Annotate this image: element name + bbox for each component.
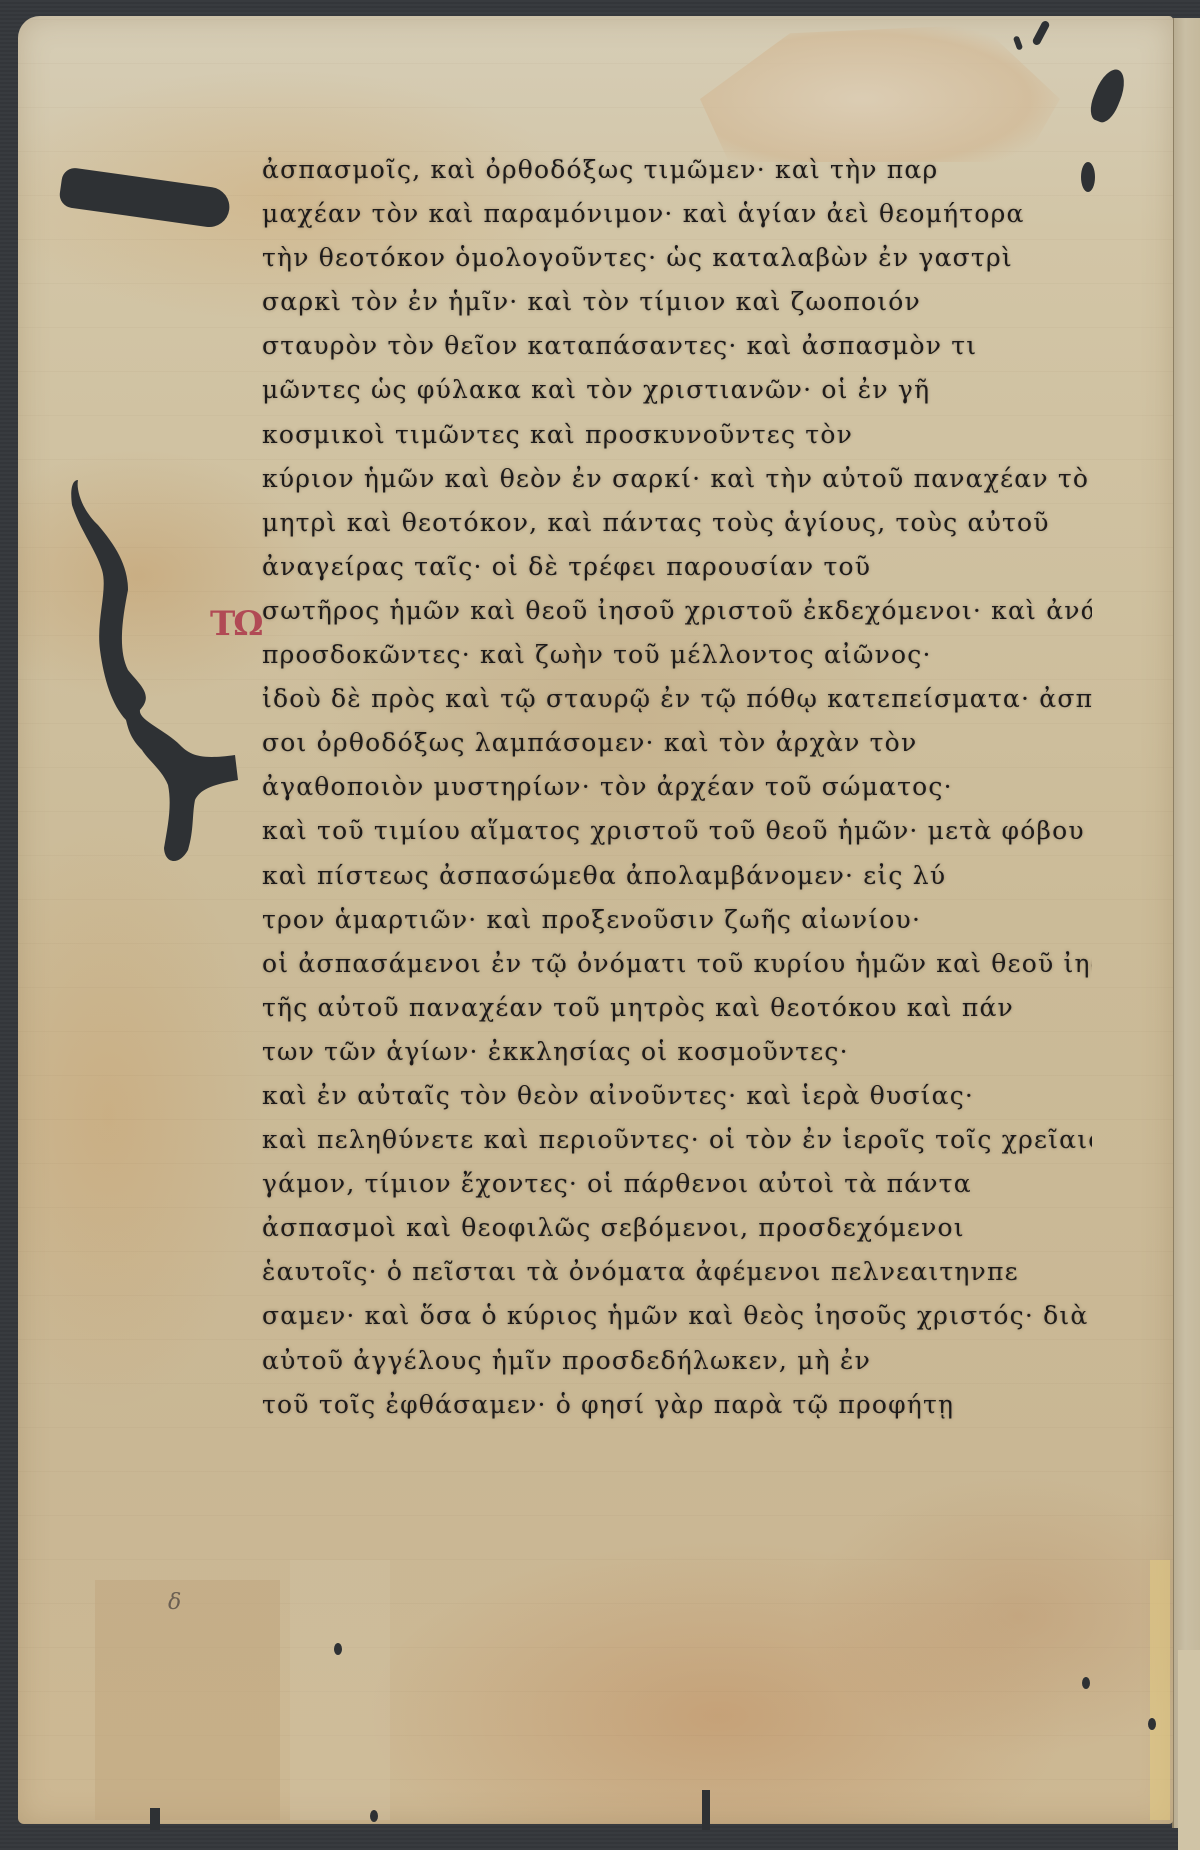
text-line: σοι ὀρθοδόξως λαμπάσομεν· καὶ τὸν ἀρχὰν … bbox=[262, 721, 1092, 765]
text-line: ἀσπασμοὶ καὶ θεοφιλῶς σεβόμενοι, προσδεχ… bbox=[262, 1206, 1092, 1250]
text-line: κύριον ἡμῶν καὶ θεὸν ἐν σαρκί· καὶ τὴν α… bbox=[262, 457, 1092, 501]
edge-notch bbox=[702, 1790, 710, 1830]
text-line: ἀσπασμοῖς, καὶ ὀρθοδόξως τιμῶμεν· καὶ τὴ… bbox=[262, 148, 1092, 192]
text-line: μαχέαν τὸν καὶ παραμόνιμον· καὶ ἁγίαν ἀε… bbox=[262, 192, 1092, 236]
worm-hole-large-left bbox=[70, 470, 240, 870]
text-line: κοσμικοὶ τιμῶντες καὶ προσκυνοῦντες τὸν bbox=[262, 413, 1092, 457]
text-line: καὶ πεληθύνετε καὶ περιοῦντες· οἱ τὸν ἐν… bbox=[262, 1118, 1092, 1162]
text-line: μητρὶ καὶ θεοτόκον, καὶ πάντας τοὺς ἁγίο… bbox=[262, 501, 1092, 545]
rubric-initial: ΤΩ bbox=[210, 604, 262, 644]
text-line: τῆς αὐτοῦ παναχέαν τοῦ μητρὸς καὶ θεοτόκ… bbox=[262, 986, 1092, 1030]
text-line: ἰδοὺ δὲ πρὸς καὶ τῷ σταυρῷ ἐν τῷ πόθῳ κα… bbox=[262, 677, 1092, 721]
text-line: προσδοκῶντες· καὶ ζωὴν τοῦ μέλλοντος αἰῶ… bbox=[262, 633, 1092, 677]
text-line: γάμον, τίμιον ἔχοντες· οἱ πάρθενοι αὐτοὶ… bbox=[262, 1162, 1092, 1206]
text-line: καὶ πίστεως ἀσπασώμεθα ἀπολαμβάνομεν· εἰ… bbox=[262, 854, 1092, 898]
text-line: ἀναγείρας ταῖς· οἱ δὲ τρέφει παρουσίαν τ… bbox=[262, 545, 1092, 589]
edge-notch bbox=[150, 1808, 160, 1830]
text-line: σαρκὶ τὸν ἐν ἡμῖν· καὶ τὸν τίμιον καὶ ζω… bbox=[262, 280, 1092, 324]
pinhole bbox=[1082, 1677, 1090, 1689]
text-line: οἱ ἀσπασάμενοι ἐν τῷ ὀνόματι τοῦ κυρίου … bbox=[262, 942, 1092, 986]
text-line: των τῶν ἁγίων· ἐκκλησίας οἱ κοσμοῦντες· bbox=[262, 1030, 1092, 1074]
text-line: σωτῆρος ἡμῶν καὶ θεοῦ ἰησοῦ χριστοῦ ἐκδε… bbox=[262, 589, 1092, 633]
text-line: μῶντες ὡς φύλακα καὶ τὸν χριστιανῶν· οἱ … bbox=[262, 368, 1092, 412]
manuscript-text: ἀσπασμοῖς, καὶ ὀρθοδόξως τιμῶμεν· καὶ τὴ… bbox=[262, 148, 1092, 1427]
text-line: ἑαυτοῖς· ὁ πεῖσται τὰ ὀνόματα ἀφέμενοι π… bbox=[262, 1250, 1092, 1294]
margin-mark: δ bbox=[168, 1590, 181, 1615]
repair-patch bbox=[290, 1560, 390, 1820]
repair-patch bbox=[95, 1580, 280, 1820]
pinhole bbox=[334, 1643, 342, 1655]
adjacent-leaf-bottom bbox=[1178, 1650, 1200, 1850]
text-line: καὶ ἐν αὐταῖς τὸν θεὸν αἰνοῦντες· καὶ ἱε… bbox=[262, 1074, 1092, 1118]
adjacent-leaf-strip bbox=[1172, 18, 1200, 1828]
pinhole bbox=[1148, 1718, 1156, 1730]
text-line: ἀγαθοποιὸν μυστηρίων· τὸν ἀρχέαν τοῦ σώμ… bbox=[262, 765, 1092, 809]
text-line: καὶ τοῦ τιμίου αἵματος χριστοῦ τοῦ θεοῦ … bbox=[262, 809, 1092, 853]
text-line: αὐτοῦ ἀγγέλους ἡμῖν προσδεδήλωκεν, μὴ ἐν bbox=[262, 1339, 1092, 1383]
pinhole bbox=[370, 1810, 378, 1822]
text-line: τρον ἁμαρτιῶν· καὶ προξενοῦσιν ζωῆς αἰων… bbox=[262, 898, 1092, 942]
text-line: τὴν θεοτόκον ὁμολογοῦντες· ὡς καταλαβὼν … bbox=[262, 236, 1092, 280]
text-line: τοῦ τοῖς ἐφθάσαμεν· ὁ φησί γὰρ παρὰ τῷ π… bbox=[262, 1383, 1092, 1427]
text-line: σαμεν· καὶ ὅσα ὁ κύριος ἡμῶν καὶ θεὸς ἰη… bbox=[262, 1294, 1092, 1338]
text-line: σταυρὸν τὸν θεῖον καταπάσαντες· καὶ ἀσπα… bbox=[262, 324, 1092, 368]
repair-patch bbox=[1150, 1560, 1170, 1820]
